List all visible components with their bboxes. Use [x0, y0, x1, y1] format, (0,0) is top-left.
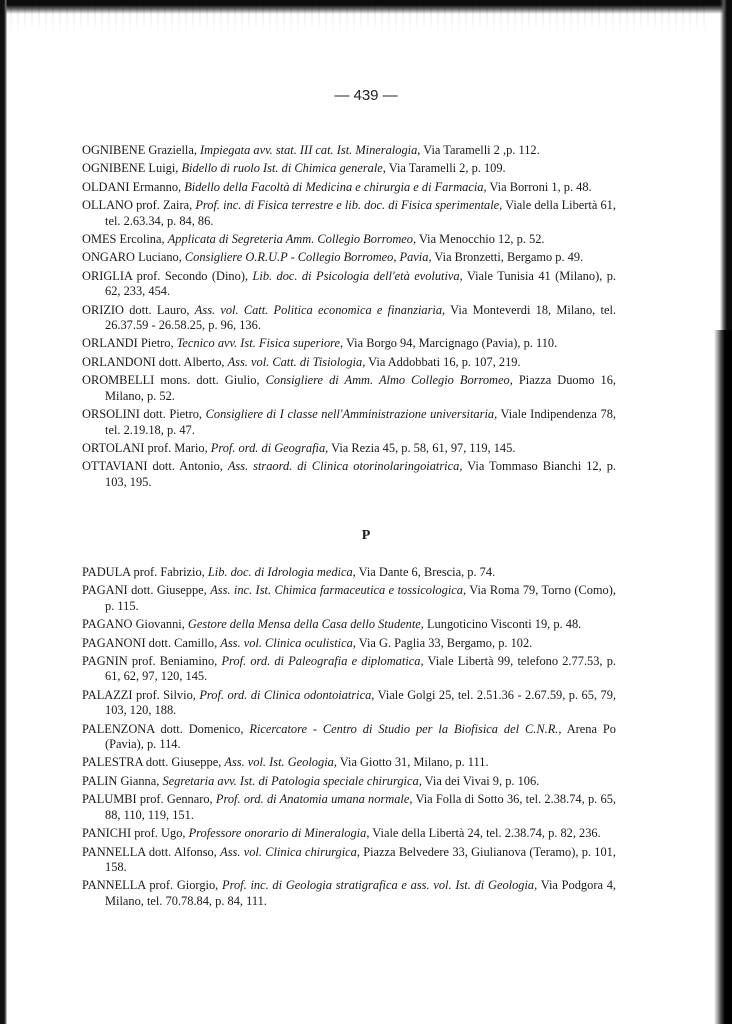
directory-entry: ORLANDI Pietro, Tecnico avv. Ist. Fisica…: [82, 336, 616, 351]
directory-entry: PALAZZI prof. Silvio, Prof. ord. di Clin…: [82, 688, 616, 719]
directory-entry: ORIGLIA prof. Secondo (Dino), Lib. doc. …: [82, 269, 616, 300]
entry-name-title: dott. Camillo,: [146, 636, 221, 650]
entry-role: Segretaria avv. Ist. di Patologia specia…: [162, 774, 421, 788]
entry-address-pages: Via Borgo 94, Marcignago (Pavia), p. 110…: [343, 336, 557, 350]
entry-role: Prof. ord. di Clinica odontoiatrica,: [199, 688, 374, 702]
entry-surname: PALENZONA: [82, 722, 155, 736]
entry-role: Applicata di Segreteria Amm. Collegio Bo…: [168, 232, 416, 246]
entry-name-title: dott. Giuseppe,: [128, 583, 211, 597]
entry-role: Gestore della Mensa della Casa dello Stu…: [188, 617, 424, 631]
entry-role: Ass. straord. di Clinica otorinolaringoi…: [228, 459, 463, 473]
directory-entry: ORTOLANI prof. Mario, Prof. ord. di Geog…: [82, 441, 616, 456]
directory-entry: PANNELLA dott. Alfonso, Ass. vol. Clinic…: [82, 845, 616, 876]
entry-name-title: prof. Zaira,: [133, 198, 195, 212]
entry-surname: OLDANI: [82, 180, 130, 194]
directory-entry: PANICHI prof. Ugo, Professore onorario d…: [82, 826, 616, 841]
entries-section-o: OGNIBENE Graziella, Impiegata avv. stat.…: [82, 143, 616, 493]
entry-surname: ORIGLIA: [82, 269, 132, 283]
entry-surname: OLLANO: [82, 198, 133, 212]
entry-address-pages: Via Taramelli 2 ,p. 112.: [420, 143, 539, 157]
entry-surname: ORTOLANI: [82, 441, 144, 455]
entry-surname: PANNELLA: [82, 878, 146, 892]
entry-name-title: dott. Alberto,: [156, 355, 228, 369]
entry-surname: PALIN: [82, 774, 117, 788]
entry-name-title: prof. Mario,: [144, 441, 210, 455]
entry-name-title: Ermanno,: [130, 180, 185, 194]
entry-surname: PANNELLA: [82, 845, 146, 859]
entry-address-pages: Via Rezia 45, p. 58, 61, 97, 119, 145.: [328, 441, 515, 455]
entry-name-title: Pietro,: [138, 336, 177, 350]
directory-entry: ORIZIO dott. Lauro, Ass. vol. Catt. Poli…: [82, 303, 616, 334]
entry-surname: OGNIBENE: [82, 143, 145, 157]
entry-surname: PALUMBI: [82, 792, 137, 806]
entry-role: Tecnico avv. Ist. Fisica superiore,: [177, 336, 343, 350]
directory-entry: OTTAVIANI dott. Antonio, Ass. straord. d…: [82, 459, 616, 490]
entry-name-title: prof. Beniamino,: [128, 654, 222, 668]
directory-entry: OLLANO prof. Zaira, Prof. inc. di Fisica…: [82, 198, 616, 229]
entry-role: Impiegata avv. stat. III cat. Ist. Miner…: [200, 143, 420, 157]
entry-role: Prof. ord. di Paleografia e diplomatica,: [221, 654, 423, 668]
entry-role: Ass. vol. Catt. di Tisiologia,: [228, 355, 366, 369]
entry-surname: PAGNIN: [82, 654, 128, 668]
entry-role: Ricercatore - Centro di Studio per la Bi…: [249, 722, 561, 736]
entry-surname: PANICHI: [82, 826, 131, 840]
directory-entry: OLDANI Ermanno, Bidello della Facoltà di…: [82, 180, 616, 195]
entry-role: Ass. vol. Ist. Geologia,: [224, 755, 337, 769]
entry-surname: OROMBELLI: [82, 373, 154, 387]
entry-name-title: prof. Giorgio,: [146, 878, 222, 892]
entry-name-title: dott. Pietro,: [140, 407, 206, 421]
entry-role: Consigliere di Amm. Almo Collegio Borrom…: [266, 373, 513, 387]
entry-surname: PAGANO: [82, 617, 133, 631]
entry-role: Professore onorario di Mineralogia,: [189, 826, 370, 840]
entry-address-pages: Via Menocchio 12, p. 52.: [416, 232, 544, 246]
entry-surname: ORLANDI: [82, 336, 138, 350]
section-heading-p: P: [0, 528, 732, 544]
entry-role: Prof. inc. di Geologia stratigrafica e a…: [222, 878, 537, 892]
entry-role: Ass. vol. Catt. Politica economica e fin…: [195, 303, 445, 317]
directory-entry: PAGANONI dott. Camillo, Ass. vol. Clinic…: [82, 636, 616, 651]
entry-surname: OTTAVIANI: [82, 459, 148, 473]
directory-entry: PALUMBI prof. Gennaro, Prof. ord. di Ana…: [82, 792, 616, 823]
entry-role: Prof. ord. di Geografia,: [211, 441, 328, 455]
page-number: — 439 —: [0, 87, 732, 104]
entry-name-title: dott. Alfonso,: [146, 845, 221, 859]
entry-surname: PALESTRA: [82, 755, 143, 769]
entry-name-title: prof. Fabrizio,: [130, 565, 207, 579]
entry-name-title: Luigi,: [145, 161, 181, 175]
entry-address-pages: Via dei Vivai 9, p. 106.: [422, 774, 539, 788]
directory-entry: OGNIBENE Graziella, Impiegata avv. stat.…: [82, 143, 616, 158]
entry-name-title: mons. dott. Giulio,: [154, 373, 265, 387]
entry-surname: ORIZIO: [82, 303, 124, 317]
entry-role: Prof. inc. di Fisica terrestre e lib. do…: [195, 198, 502, 212]
directory-entry: PALESTRA dott. Giuseppe, Ass. vol. Ist. …: [82, 755, 616, 770]
entry-surname: OMES: [82, 232, 116, 246]
directory-entry: PALIN Gianna, Segretaria avv. Ist. di Pa…: [82, 774, 616, 789]
entry-surname: PADULA: [82, 565, 130, 579]
entry-role: Lib. doc. di Idrologia medica,: [208, 565, 356, 579]
entry-role: Prof. ord. di Anatomia umana normale,: [216, 792, 413, 806]
entry-name-title: prof. Secondo (Dino),: [132, 269, 252, 283]
entry-address-pages: Via Bronzetti, Bergamo p. 49.: [432, 250, 584, 264]
entry-role: Ass. inc. Ist. Chimica farmaceutica e to…: [210, 583, 466, 597]
scan-noise: [10, 6, 710, 36]
directory-entry: PAGANO Giovanni, Gestore della Mensa del…: [82, 617, 616, 632]
entry-address-pages: Via Addobbati 16, p. 107, 219.: [365, 355, 520, 369]
entry-name-title: Ercolina,: [116, 232, 167, 246]
entry-role: Bidello di ruolo Ist. di Chimica general…: [181, 161, 385, 175]
entry-name-title: prof. Ugo,: [131, 826, 188, 840]
entries-section-p: PADULA prof. Fabrizio, Lib. doc. di Idro…: [82, 565, 616, 912]
entry-address-pages: Via Giotto 31, Milano, p. 111.: [337, 755, 489, 769]
entry-name-title: dott. Giuseppe,: [143, 755, 225, 769]
entry-address-pages: Via Borroni 1, p. 48.: [487, 180, 592, 194]
entry-address-pages: Lungoticino Visconti 19, p. 48.: [424, 617, 581, 631]
entry-name-title: Gianna,: [117, 774, 162, 788]
entry-surname: PALAZZI: [82, 688, 132, 702]
entry-name-title: dott. Domenico,: [155, 722, 250, 736]
directory-entry: PADULA prof. Fabrizio, Lib. doc. di Idro…: [82, 565, 616, 580]
directory-entry: ONGARO Luciano, Consigliere O.R.U.P - Co…: [82, 250, 616, 265]
entry-role: Lib. doc. di Psicologia dell'età evoluti…: [252, 269, 462, 283]
directory-entry: OMES Ercolina, Applicata di Segreteria A…: [82, 232, 616, 247]
entry-surname: PAGANONI: [82, 636, 146, 650]
directory-entry: PANNELLA prof. Giorgio, Prof. inc. di Ge…: [82, 878, 616, 909]
entry-address-pages: Via Dante 6, Brescia, p. 74.: [356, 565, 495, 579]
entry-surname: PAGANI: [82, 583, 128, 597]
entry-name-title: Luciano,: [135, 250, 185, 264]
directory-entry: OROMBELLI mons. dott. Giulio, Consiglier…: [82, 373, 616, 404]
entry-name-title: dott. Antonio,: [148, 459, 228, 473]
entry-name-title: prof. Silvio,: [132, 688, 199, 702]
entry-address-pages: Via G. Paglia 33, Bergamo, p. 102.: [356, 636, 532, 650]
entry-role: Ass. vol. Clinica chirurgica,: [220, 845, 360, 859]
entry-role: Ass. vol. Clinica oculistica,: [220, 636, 356, 650]
scan-right-shadow: [694, 330, 732, 1024]
scan-left-edge: [0, 0, 7, 1024]
entry-surname: ONGARO: [82, 250, 135, 264]
directory-entry: ORLANDONI dott. Alberto, Ass. vol. Catt.…: [82, 355, 616, 370]
entry-surname: ORLANDONI: [82, 355, 156, 369]
entry-name-title: Graziella,: [145, 143, 200, 157]
directory-entry: PAGNIN prof. Beniamino, Prof. ord. di Pa…: [82, 654, 616, 685]
entry-surname: OGNIBENE: [82, 161, 145, 175]
directory-entry: OGNIBENE Luigi, Bidello di ruolo Ist. di…: [82, 161, 616, 176]
directory-entry: ORSOLINI dott. Pietro, Consigliere di I …: [82, 407, 616, 438]
entry-address-pages: Viale della Libertà 24, tel. 2.38.74, p.…: [369, 826, 600, 840]
entry-address-pages: Via Taramelli 2, p. 109.: [386, 161, 506, 175]
entry-role: Consigliere di I classe nell'Amministraz…: [206, 407, 498, 421]
directory-entry: PALENZONA dott. Domenico, Ricercatore - …: [82, 722, 616, 753]
entry-name-title: Giovanni,: [133, 617, 188, 631]
entry-name-title: prof. Gennaro,: [137, 792, 216, 806]
entry-role: Consigliere O.R.U.P - Collegio Borromeo,…: [185, 250, 432, 264]
directory-entry: PAGANI dott. Giuseppe, Ass. inc. Ist. Ch…: [82, 583, 616, 614]
entry-name-title: dott. Lauro,: [124, 303, 195, 317]
entry-role: Bidello della Facoltà di Medicina e chir…: [184, 180, 486, 194]
entry-surname: ORSOLINI: [82, 407, 140, 421]
